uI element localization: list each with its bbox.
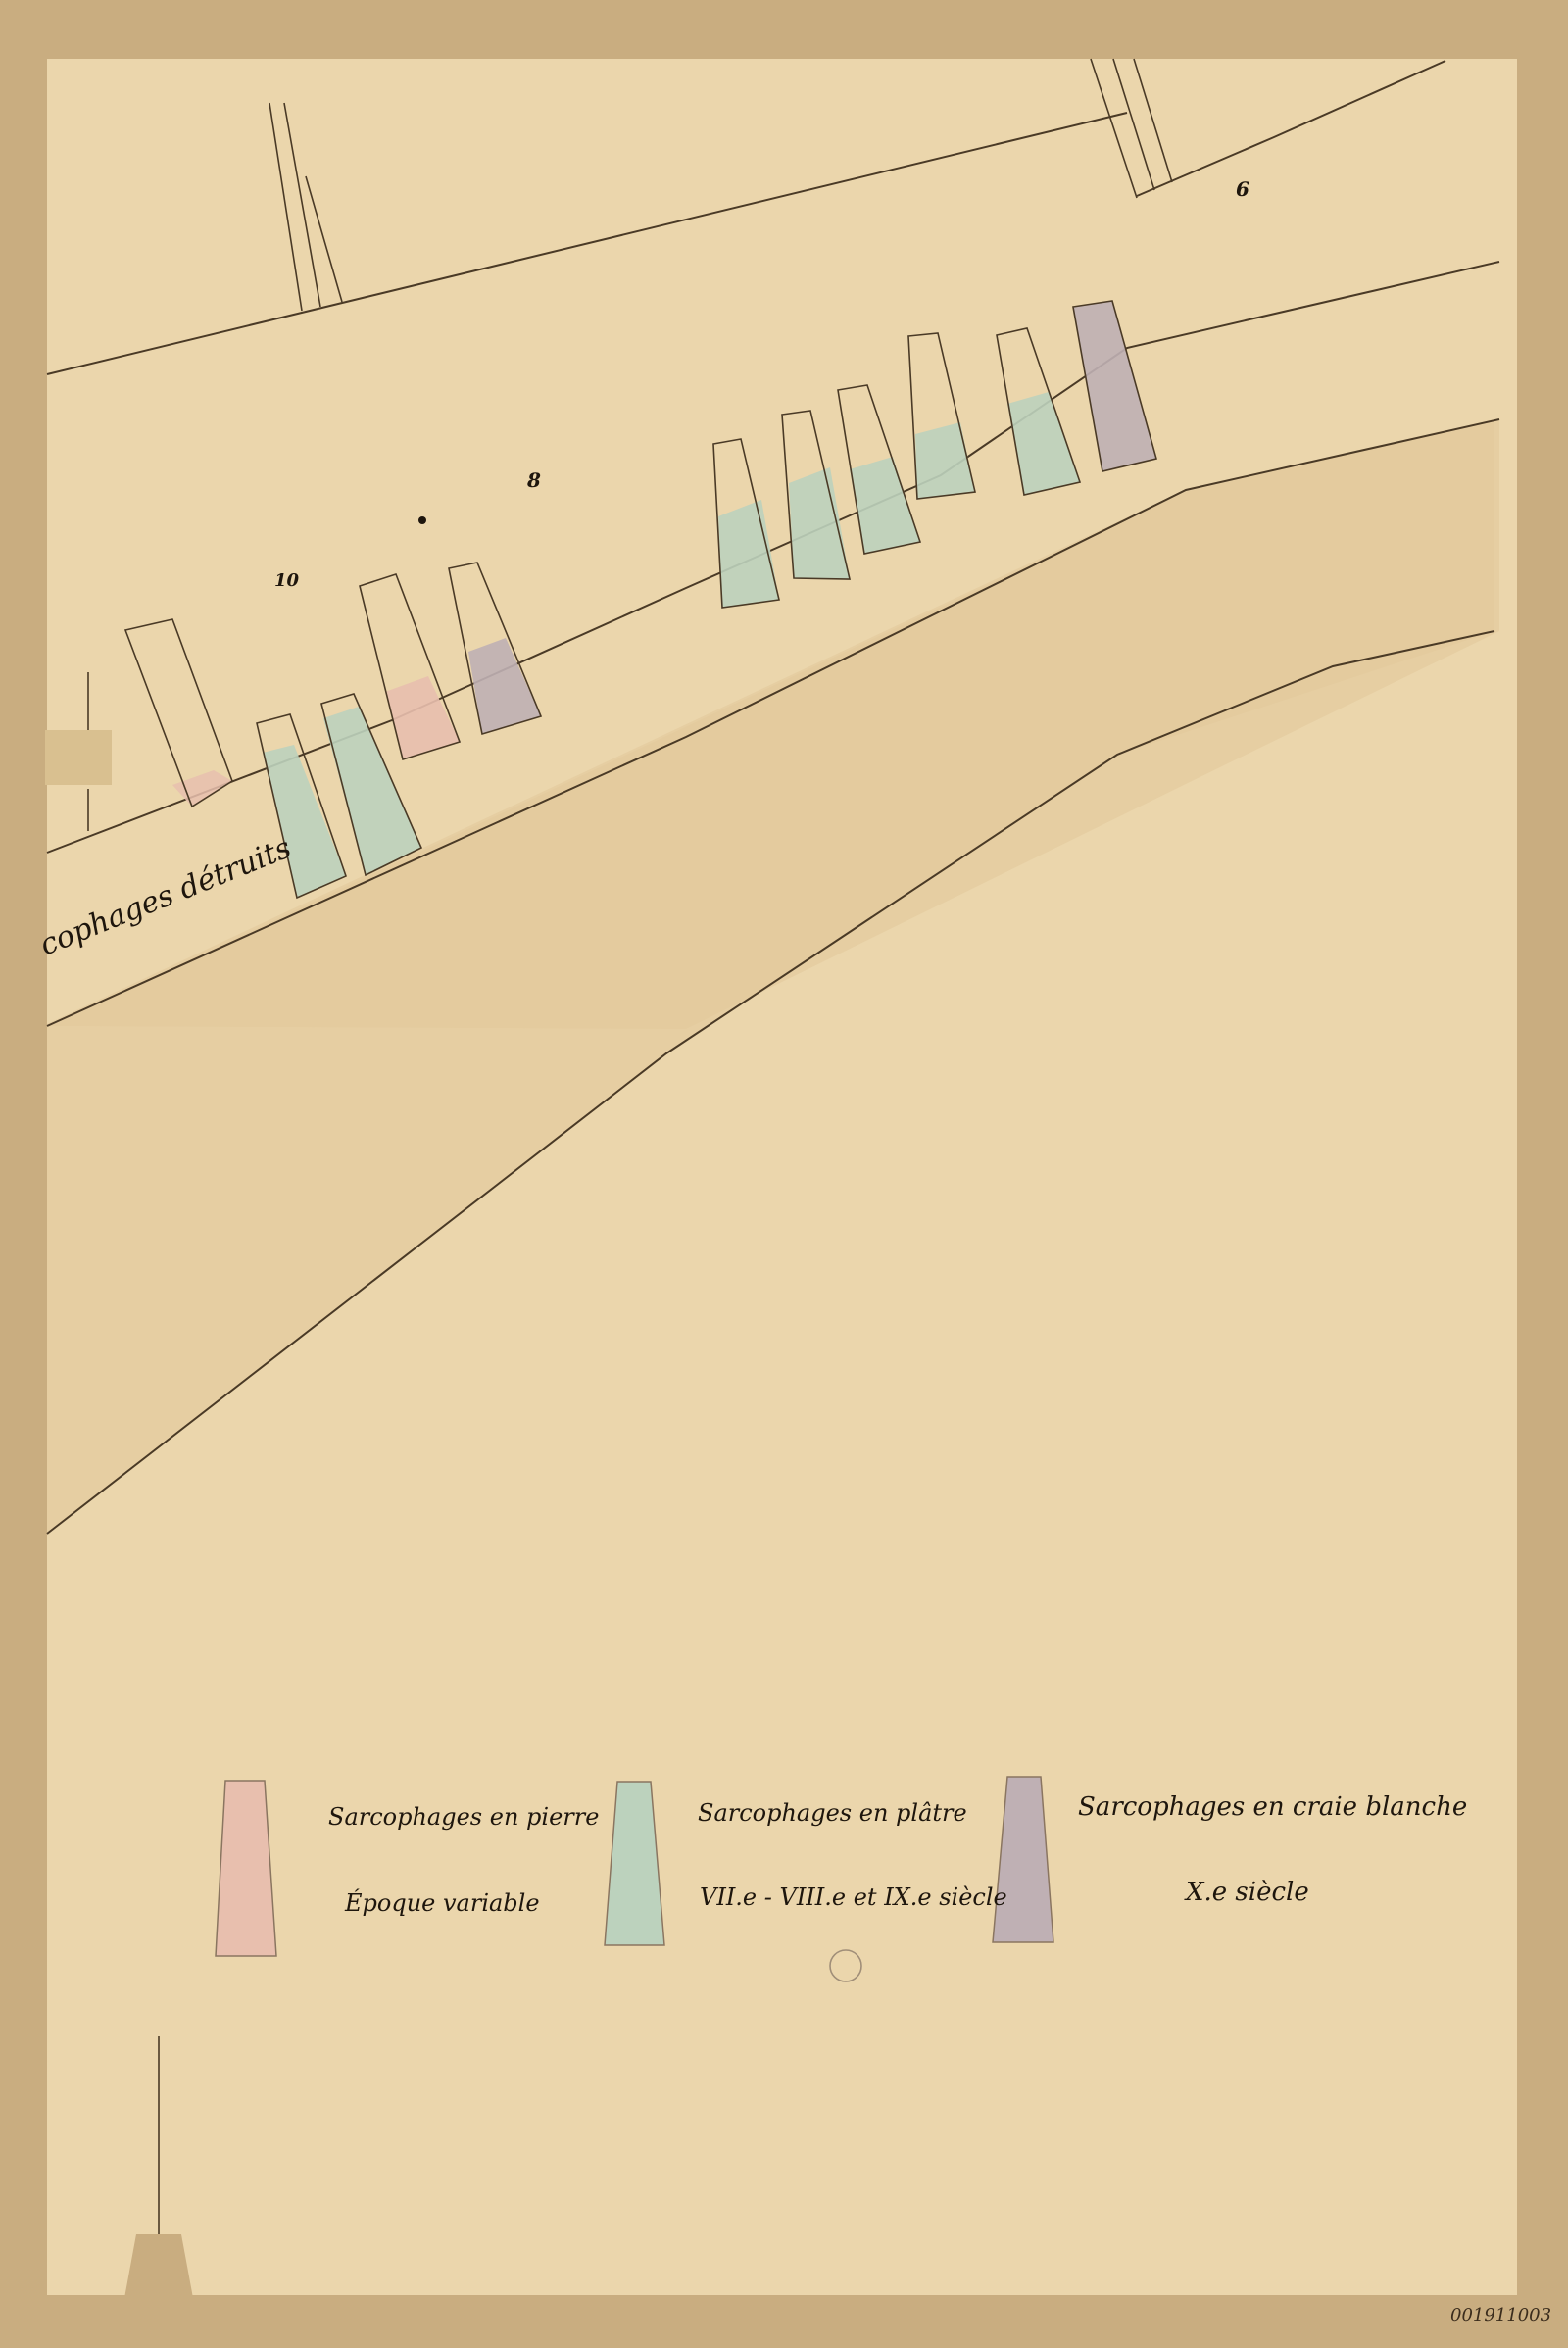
label-number-10: 10 bbox=[274, 570, 300, 591]
legend-title-platre: Sarcophages en plâtre bbox=[698, 1799, 967, 1827]
survey-point-dot bbox=[418, 516, 426, 524]
legend-subtitle-craie: X.e siècle bbox=[1184, 1878, 1309, 1907]
legend-title-pierre: Sarcophages en pierre bbox=[328, 1803, 599, 1831]
legend-title-craie: Sarcophages en craie blanche bbox=[1078, 1792, 1467, 1822]
label-number-6: 6 bbox=[1236, 177, 1249, 201]
legend-subtitle-pierre: Époque variable bbox=[344, 1888, 540, 1917]
archive-number: 001911003 bbox=[1450, 2305, 1551, 2325]
legend-subtitle-platre: VII.e - VIII.e et IX.e siècle bbox=[700, 1883, 1007, 1911]
bottom-notch bbox=[124, 2234, 193, 2298]
left-notch bbox=[45, 730, 112, 785]
label-number-8: 8 bbox=[526, 468, 541, 492]
cemetery-plan-map: cophages détruits 6 8 10 Sarcophages en … bbox=[0, 0, 1568, 2348]
